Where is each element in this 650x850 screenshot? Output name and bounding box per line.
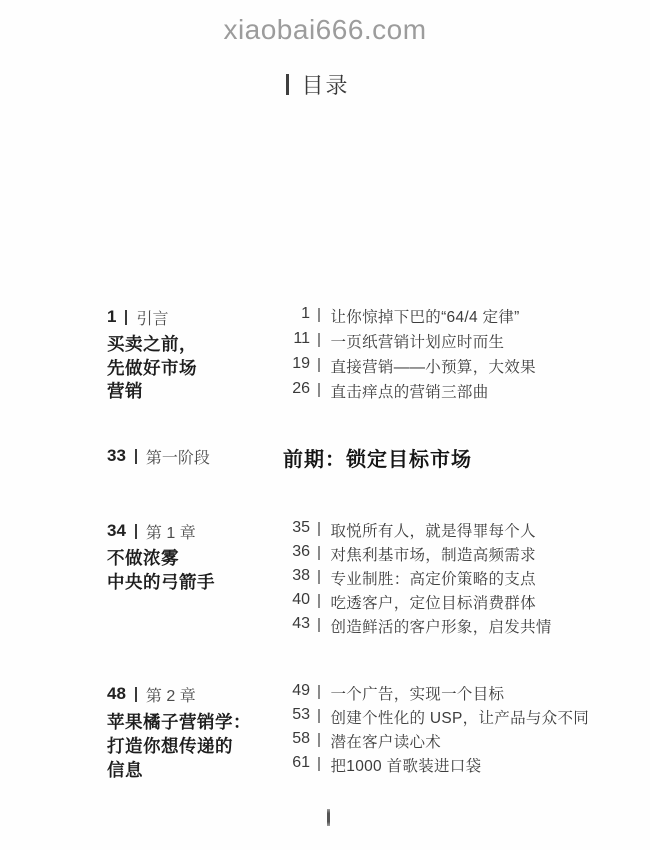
toc-section-chapter2: 48 第 2 章 苹果橘子营销学： 打造你想传递的 信息 49 一个广告，实现一… [107,682,620,782]
entry-page-number: 58 [283,730,310,748]
separator-bar-icon [135,524,137,539]
separator-bar-icon [318,570,320,584]
section-left-column: 1 引言 买卖之前， 先做好市场 营销 [107,305,283,404]
title-divider-bar-icon [286,74,289,95]
section-page-number: 1 [107,307,116,327]
section-entries: 35 取悦所有人，就是得罪每个人 36 对焦利基市场，制造高频需求 38 专业制… [283,519,620,639]
page-footer-mark-icon [327,809,330,826]
toc-entry: 58 潜在客户读心术 [283,730,620,754]
toc-entry: 61 把1000 首歌装进口袋 [283,754,620,778]
section-head: 34 第 1 章 [107,519,283,543]
toc-entry: 19 直接营销——小预算，大效果 [283,355,620,380]
entry-title: 一个广告，实现一个目标 [331,682,505,704]
entry-title: 吃透客户，定位目标消费群体 [331,591,536,613]
toc-section-stage: 33 第一阶段 前期：锁定目标市场 [107,444,620,472]
entry-page-number: 19 [283,355,310,373]
entry-page-number: 38 [283,567,310,585]
section-subtitle-line: 买卖之前， [107,333,283,357]
entry-page-number: 35 [283,519,310,537]
separator-bar-icon [318,618,320,632]
section-label: 第 1 章 [146,520,196,543]
section-subtitle-line: 营销 [107,380,283,404]
section-entries: 1 让你惊掉下巴的“64/4 定律” 11 一页纸营销计划应时而生 19 直接营… [283,305,620,405]
separator-bar-icon [135,687,137,702]
toc-section-intro: 1 引言 买卖之前， 先做好市场 营销 1 让你惊掉下巴的“64/4 定律” 1… [107,305,620,405]
section-entries: 前期：锁定目标市场 [283,444,620,472]
section-label: 第一阶段 [146,445,210,468]
toc-entry: 40 吃透客户，定位目标消费群体 [283,591,620,615]
separator-bar-icon [318,685,320,699]
separator-bar-icon [318,383,320,397]
toc-entry: 26 直击痒点的营销三部曲 [283,380,620,405]
entry-page-number: 43 [283,615,310,633]
section-subtitle-line: 先做好市场 [107,357,283,381]
entry-title: 让你惊掉下巴的“64/4 定律” [331,305,520,327]
entry-title: 专业制胜：高定价策略的支点 [331,567,536,589]
entry-page-number: 26 [283,380,310,398]
section-head: 33 第一阶段 [107,444,283,468]
toc-entry: 49 一个广告，实现一个目标 [283,682,620,706]
entry-title: 直击痒点的营销三部曲 [331,380,489,402]
section-subtitle-line: 不做浓雾 [107,547,283,571]
page-title: 目录 [286,69,350,100]
separator-bar-icon [135,449,137,464]
section-subtitle: 不做浓雾 中央的弓箭手 [107,547,283,594]
entry-title: 创建个性化的 USP，让产品与众不同 [331,706,590,728]
entry-page-number: 40 [283,591,310,609]
toc-entry: 43 创造鲜活的客户形象，启发共情 [283,615,620,639]
section-subtitle: 买卖之前， 先做好市场 营销 [107,333,283,404]
page-title-text: 目录 [302,69,350,100]
toc-entry: 38 专业制胜：高定价策略的支点 [283,567,620,591]
entry-title: 潜在客户读心术 [331,730,442,752]
entry-page-number: 61 [283,754,310,772]
separator-bar-icon [318,358,320,372]
entry-title: 创造鲜活的客户形象，启发共情 [331,615,552,637]
section-subtitle-line: 信息 [107,758,283,782]
entry-title: 把1000 首歌装进口袋 [331,754,482,776]
section-left-column: 33 第一阶段 [107,444,283,468]
section-head: 1 引言 [107,305,283,329]
separator-bar-icon [318,757,320,771]
separator-bar-icon [318,709,320,723]
separator-bar-icon [318,733,320,747]
entry-title: 直接营销——小预算，大效果 [331,355,536,377]
section-page-number: 48 [107,684,126,704]
separator-bar-icon [125,310,127,325]
separator-bar-icon [318,522,320,536]
entry-page-number: 53 [283,706,310,724]
section-subtitle-line: 苹果橘子营销学： [107,710,283,734]
separator-bar-icon [318,546,320,560]
separator-bar-icon [318,594,320,608]
entry-title: 取悦所有人，就是得罪每个人 [331,519,536,541]
section-subtitle-line: 打造你想传递的 [107,734,283,758]
section-label: 引言 [136,306,168,329]
section-label: 第 2 章 [146,683,196,706]
entry-page-number: 1 [283,305,310,323]
toc-entry: 36 对焦利基市场，制造高频需求 [283,543,620,567]
section-page-number: 34 [107,521,126,541]
toc-entry: 53 创建个性化的 USP，让产品与众不同 [283,706,620,730]
section-left-column: 34 第 1 章 不做浓雾 中央的弓箭手 [107,519,283,594]
toc-entry: 11 一页纸营销计划应时而生 [283,330,620,355]
section-head: 48 第 2 章 [107,682,283,706]
entry-page-number: 36 [283,543,310,561]
toc-page: xiaobai666.com 目录 1 引言 买卖之前， 先做好市场 营销 1 … [0,0,650,850]
section-page-number: 33 [107,446,126,466]
entry-title: 对焦利基市场，制造高频需求 [331,543,536,565]
stage-heading: 前期：锁定目标市场 [283,443,620,472]
entry-page-number: 11 [283,330,310,348]
toc-section-chapter1: 34 第 1 章 不做浓雾 中央的弓箭手 35 取悦所有人，就是得罪每个人 36… [107,519,620,639]
toc-entry: 1 让你惊掉下巴的“64/4 定律” [283,305,620,330]
entry-page-number: 49 [283,682,310,700]
separator-bar-icon [318,308,320,322]
section-left-column: 48 第 2 章 苹果橘子营销学： 打造你想传递的 信息 [107,682,283,782]
watermark: xiaobai666.com [0,14,650,46]
separator-bar-icon [318,333,320,347]
toc-entry: 35 取悦所有人，就是得罪每个人 [283,519,620,543]
section-subtitle-line: 中央的弓箭手 [107,571,283,595]
entry-title: 一页纸营销计划应时而生 [331,330,505,352]
section-entries: 49 一个广告，实现一个目标 53 创建个性化的 USP，让产品与众不同 58 … [283,682,620,778]
section-subtitle: 苹果橘子营销学： 打造你想传递的 信息 [107,710,283,782]
